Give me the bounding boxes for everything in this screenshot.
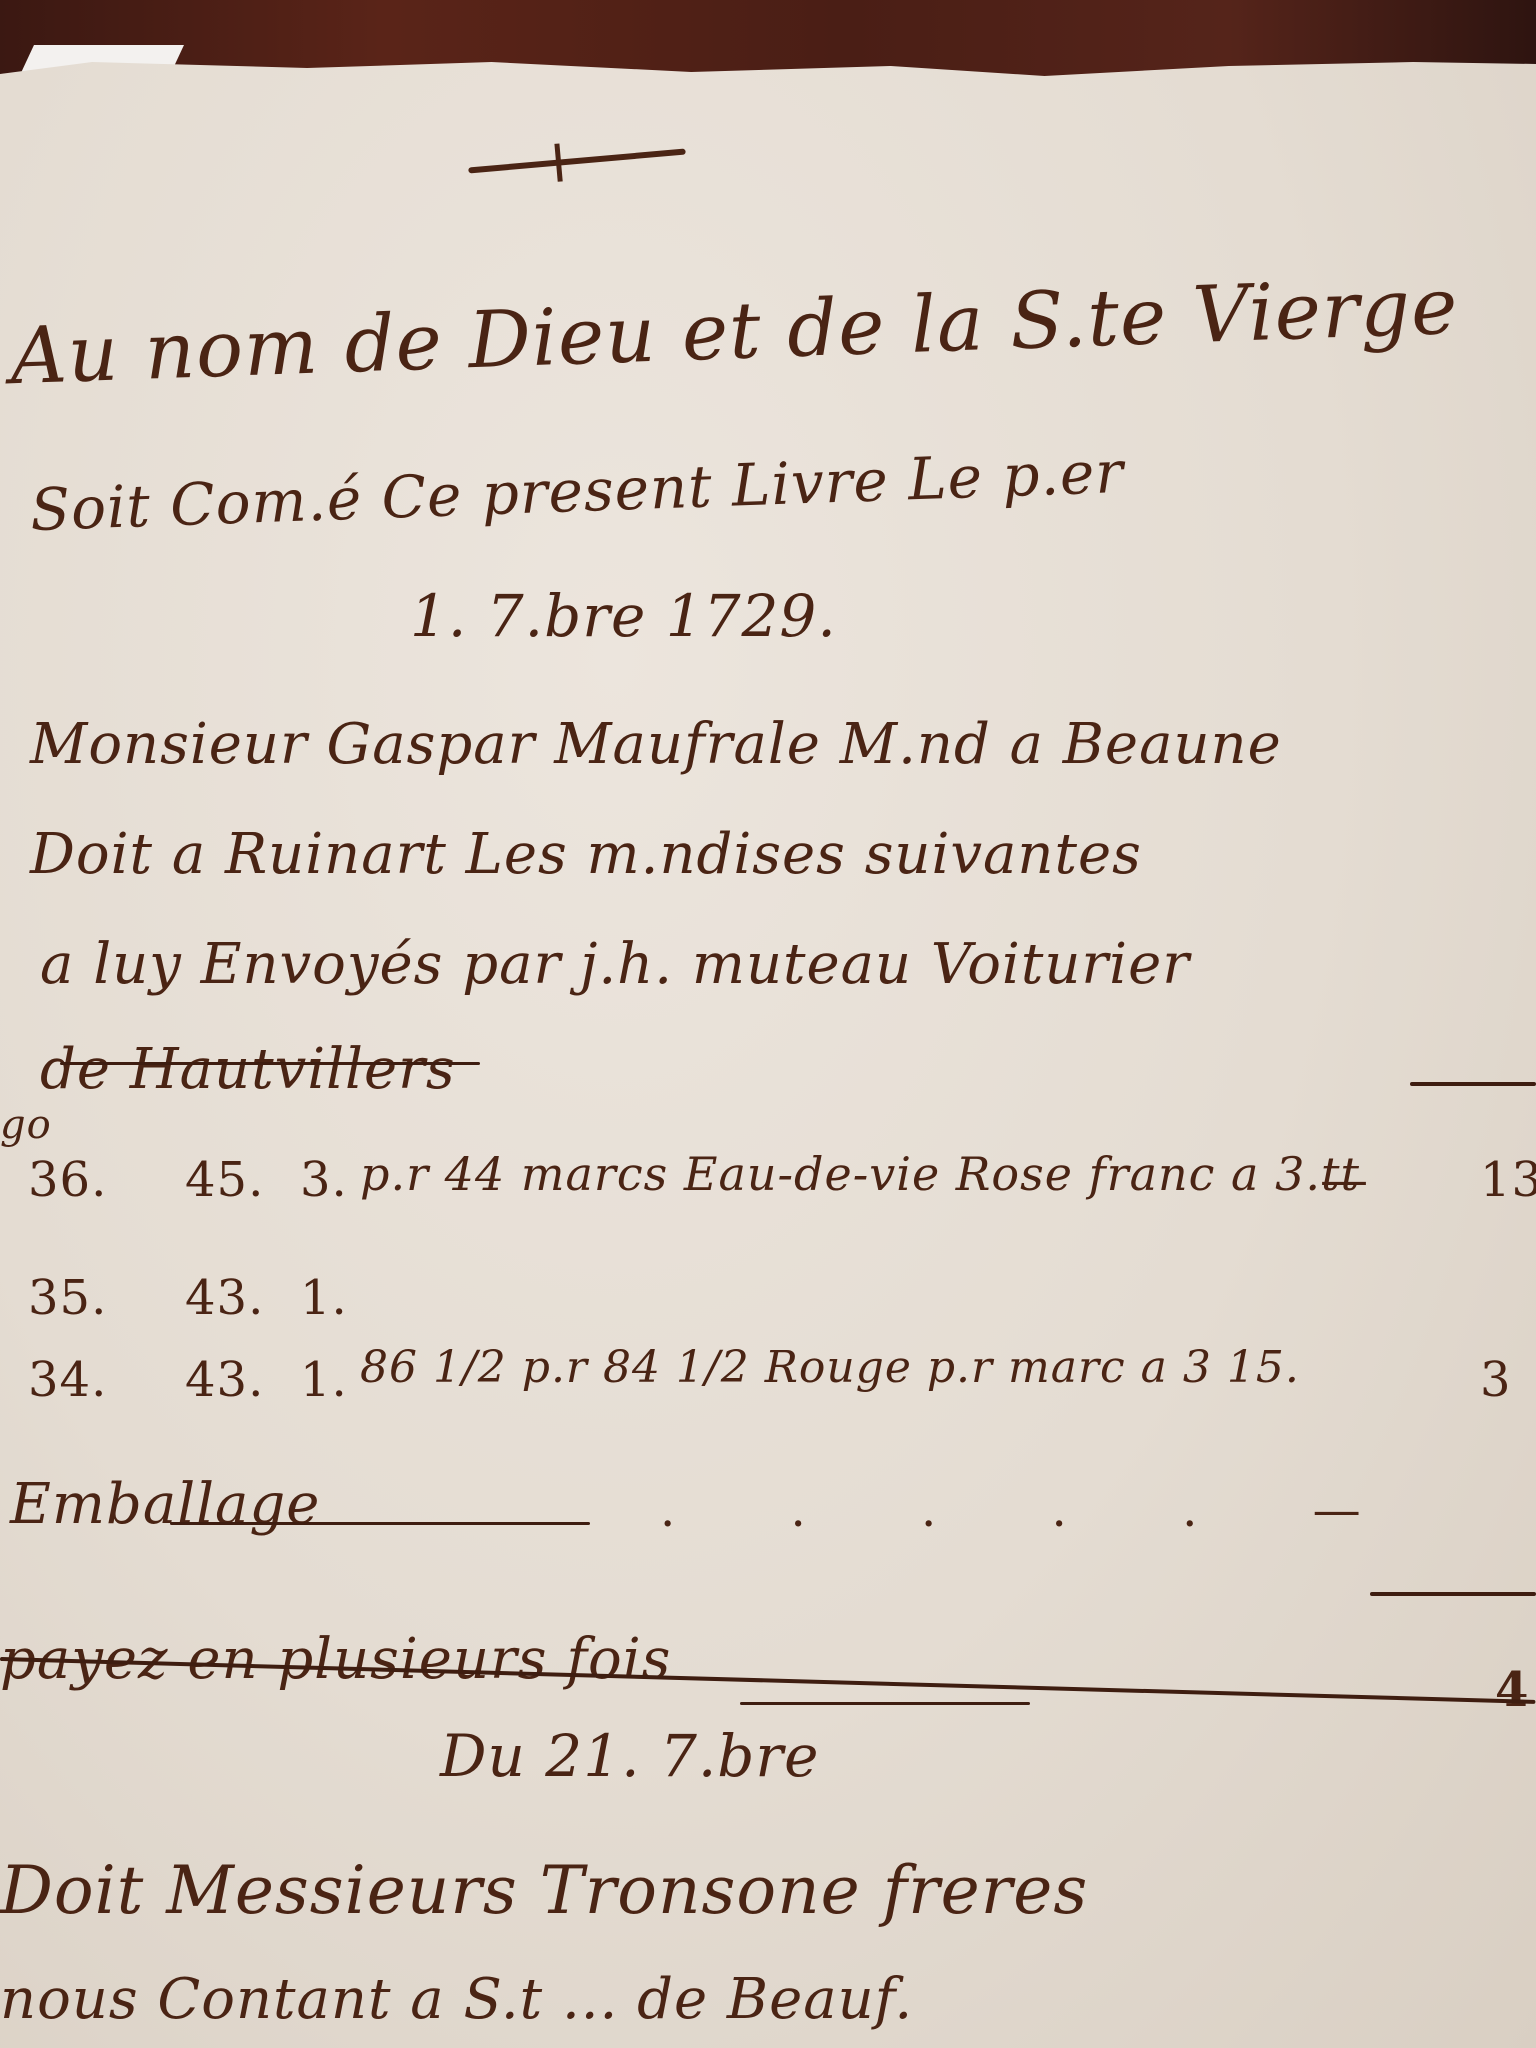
entry1-line-4: de Hautvillers bbox=[40, 1037, 456, 1102]
entry2-line-2: nous Contant a S.t ... de Beauf. bbox=[0, 1967, 913, 2032]
entry1-mark: go bbox=[0, 1102, 52, 1148]
entry1-line-3: a luy Envoyés par j.h. muteau Voiturier bbox=[40, 932, 1190, 997]
entry2-line-1: Doit Messieurs Tronsone freres bbox=[0, 1852, 1088, 1929]
total-amount: 4 bbox=[1495, 1662, 1529, 1718]
entry1-line-1: Monsieur Gaspar Maufrale M.nd a Beaune bbox=[30, 712, 1282, 777]
ledger-page: Au nom de Dieu et de la S.te Vierge Soit… bbox=[0, 62, 1536, 2048]
item-dash: — bbox=[1320, 1152, 1369, 1208]
item-sub: 1. bbox=[300, 1352, 348, 1408]
cross-mark-icon bbox=[468, 149, 686, 174]
entry2-date: Du 21. 7.bre bbox=[440, 1722, 819, 1790]
item-qty: 45. bbox=[185, 1152, 264, 1208]
item-qty: 43. bbox=[185, 1352, 264, 1408]
ledger-date: 1. 7.bre 1729. bbox=[410, 582, 837, 650]
item-amount: 3 bbox=[1480, 1352, 1512, 1408]
packing-dots: . . . . . — bbox=[660, 1482, 1411, 1538]
packing-rule bbox=[170, 1522, 590, 1525]
item-amount: 132 bbox=[1480, 1152, 1536, 1208]
column-rule-top bbox=[1410, 1082, 1536, 1086]
item-desc: p.r 44 marcs Eau-de-vie Rose franc a 3.t… bbox=[360, 1147, 1360, 1201]
item-sub: 3. bbox=[300, 1152, 348, 1208]
packing-label: Emballage bbox=[10, 1472, 320, 1537]
item-sub: 1. bbox=[300, 1270, 348, 1326]
total-trail-rule bbox=[740, 1702, 1030, 1705]
item-no: 35. bbox=[28, 1270, 107, 1326]
item-no: 34. bbox=[28, 1352, 107, 1408]
entry1-line-2: Doit a Ruinart Les m.ndises suivantes bbox=[30, 822, 1142, 887]
item-desc: 86 1/2 p.r 84 1/2 Rouge p.r marc a 3 15. bbox=[360, 1342, 1300, 1393]
invocation-line-1: Au nom de Dieu et de la S.te Vierge bbox=[9, 262, 1460, 402]
strikethrough-line bbox=[60, 1062, 480, 1065]
invocation-line-2: Soit Com.é Ce present Livre Le p.er bbox=[29, 438, 1125, 544]
total-rule bbox=[1370, 1592, 1536, 1596]
item-qty: 43. bbox=[185, 1270, 264, 1326]
item-no: 36. bbox=[28, 1152, 107, 1208]
